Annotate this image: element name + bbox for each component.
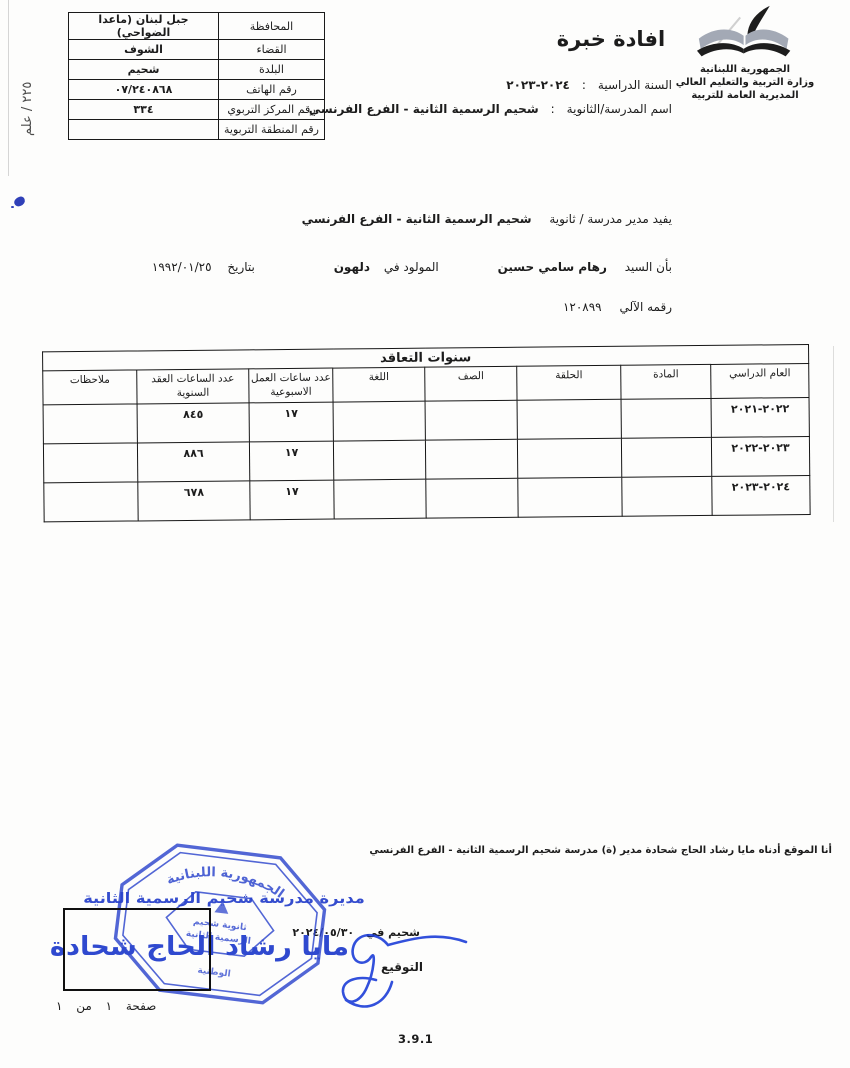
table-row: ٢٠٢٤-٢٠٢٣ ١٧ ٦٧٨ — [44, 475, 810, 521]
notes-cell — [43, 443, 137, 483]
header-weekly-hours: عدد ساعات العمل الاسبوعية — [249, 368, 333, 403]
table-row: القضاء الشوف — [69, 40, 325, 60]
location-info-table: المحافظة جبل لبنان (ماعدا الضواحي) القضا… — [68, 12, 325, 140]
year-cell: ٢٠٢٤-٢٠٢٣ — [712, 475, 810, 515]
weekly-hours-cell: ١٧ — [249, 402, 333, 442]
stamp-overlay-title: مديرة مدرسة شحيم الرسمية الثانية — [83, 891, 365, 907]
signature-loop-stroke — [343, 935, 388, 1002]
statement-line-1: يفيد مدير مدرسة / ثانوية شحيم الرسمية ال… — [302, 212, 672, 226]
annual-hours-cell: ٨٤٥ — [137, 403, 249, 443]
certifies-label: يفيد مدير مدرسة / ثانوية — [549, 212, 672, 226]
school-name-line: اسم المدرسة/الثانوية:شحيم الرسمية الثاني… — [309, 102, 672, 116]
certifying-school-name: شحيم الرسمية الثانية - الفرع الفرنسي — [302, 212, 532, 226]
republic-name: الجمهورية اللبنانية — [660, 63, 830, 76]
that-mr-label: بأن السيد — [625, 260, 672, 274]
subject-cell — [621, 398, 711, 438]
form-version-number: 3.9.1 — [398, 1032, 433, 1046]
year-cell: ٢٠٢٣-٢٠٢٢ — [711, 436, 809, 476]
education-center-number-value: ٣٣٤ — [69, 100, 219, 120]
birthplace-value: دلهون — [334, 260, 370, 274]
empty-rectangle-box — [63, 908, 211, 991]
on-date-label: بتاريخ — [227, 260, 255, 274]
header-language: اللغة — [333, 367, 425, 402]
subject-cell — [622, 476, 712, 516]
table-row: رقم المركز التربوي ٣٣٤ — [69, 100, 325, 120]
cycle-cell — [517, 438, 621, 478]
annual-hours-cell: ٦٧٨ — [138, 481, 250, 521]
grade-cell — [425, 439, 517, 479]
table-row: البلدة شحيم — [69, 60, 325, 80]
notes-cell — [43, 404, 137, 444]
contract-years-table: سنوات التعاقد العام الدراسي المادة الحلق… — [42, 344, 811, 522]
school-year-label: السنة الدراسية — [598, 78, 672, 92]
automated-number-value: ١٢٠٨٩٩ — [563, 300, 602, 314]
table-row: المحافظة جبل لبنان (ماعدا الضواحي) — [69, 13, 325, 40]
phone-value: ٠٧/٢٤٠٨٦٨ — [69, 80, 219, 100]
document-title: افادة خبرة — [552, 27, 670, 51]
handwritten-margin-note: ٢٢٥ / علم — [20, 82, 35, 136]
grade-cell — [426, 478, 518, 518]
language-cell — [333, 440, 425, 480]
school-name-label: اسم المدرسة/الثانوية — [567, 102, 672, 116]
table-row: رقم الهاتف ٠٧/٢٤٠٨٦٨ — [69, 80, 325, 100]
contract-years-table-wrap: سنوات التعاقد العام الدراسي المادة الحلق… — [42, 344, 810, 522]
year-cell: ٢٠٢٢-٢٠٢١ — [711, 397, 809, 437]
header-annual-contract-hours: عدد الساعات العقد السنوية — [137, 369, 249, 404]
cycle-cell — [518, 477, 622, 517]
automated-number-label: رقمه الآلي — [619, 300, 672, 314]
school-year-value: ٢٠٢٤-٢٠٢٣ — [506, 78, 570, 92]
school-name-value: شحيم الرسمية الثانية - الفرع الفرنسي — [309, 102, 539, 116]
colon-separator: : — [582, 78, 586, 92]
governorate-label: المحافظة — [219, 13, 325, 40]
table-row: رقم المنطقة التربوية — [69, 120, 325, 140]
scan-edge-line — [8, 0, 9, 176]
signature-top-stroke — [388, 937, 466, 945]
school-year-line: السنة الدراسية:٢٠٢٤-٢٠٢٣ — [506, 78, 672, 92]
ministry-text-block: الجمهورية اللبنانية وزارة التربية والتعل… — [660, 63, 830, 103]
district-label: القضاء — [219, 40, 325, 60]
ministry-open-book-logo-icon — [688, 5, 803, 61]
grade-cell — [425, 400, 517, 440]
weekly-hours-cell: ١٧ — [249, 441, 333, 481]
statement-line-2: بأن السيد رهام سامي حسين المولود في دلهو… — [152, 260, 672, 274]
subject-cell — [621, 437, 711, 477]
birthdate-value: ١٩٩٢/٠١/٢٥ — [152, 260, 212, 274]
statement-line-3: رقمه الآلي ١٢٠٨٩٩ — [563, 300, 672, 314]
language-cell — [334, 479, 426, 519]
teacher-name: رهام سامي حسين — [498, 260, 607, 274]
born-in-label: المولود في — [384, 260, 439, 274]
weekly-hours-cell: ١٧ — [250, 480, 334, 520]
scanned-document-page: الجمهورية اللبنانية وزارة التربية والتعل… — [0, 0, 850, 1068]
ink-dot-mark — [11, 206, 14, 208]
header-grade: الصف — [425, 366, 517, 401]
signer-declaration-line: أنا الموقع أدناه مايا رشاد الحاج شحادة م… — [369, 845, 832, 856]
header-cycle: الحلقة — [517, 365, 621, 400]
annual-hours-cell: ٨٨٦ — [137, 442, 249, 482]
scan-edge-line-right — [833, 346, 834, 522]
directorate-name: المديرية العامة للتربية — [660, 89, 830, 102]
colon-separator: : — [551, 102, 555, 116]
education-zone-number-label: رقم المنطقة التربوية — [219, 120, 325, 140]
phone-label: رقم الهاتف — [219, 80, 325, 100]
ink-blot-mark — [13, 196, 26, 208]
ministry-name: وزارة التربية والتعليم العالي — [660, 76, 830, 89]
district-value: الشوف — [69, 40, 219, 60]
town-label: البلدة — [219, 60, 325, 80]
page-number-label: صفحة ١ من ١ — [56, 999, 156, 1013]
education-center-number-label: رقم المركز التربوي — [219, 100, 325, 120]
header-notes: ملاحظات — [43, 370, 137, 405]
header-subject: المادة — [621, 364, 711, 399]
town-value: شحيم — [69, 60, 219, 80]
header-school-year: العام الدراسي — [711, 363, 809, 398]
governorate-value: جبل لبنان (ماعدا الضواحي) — [69, 13, 219, 40]
language-cell — [333, 401, 425, 441]
cycle-cell — [517, 399, 621, 439]
education-zone-number-value — [69, 120, 219, 140]
notes-cell — [44, 482, 138, 522]
